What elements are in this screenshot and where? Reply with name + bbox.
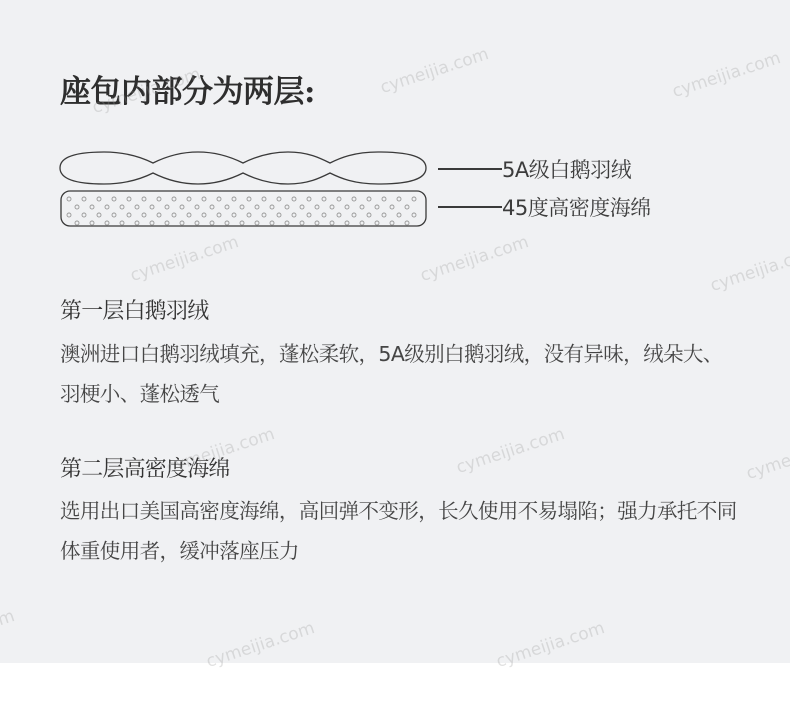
section-heading-sponge: 第二层高密度海绵 — [60, 452, 230, 483]
callout-label-feather: 5A级白鹅羽绒 — [502, 154, 631, 184]
feather-layer-icon — [60, 152, 426, 184]
callout-sponge: 45度高密度海绵 — [438, 192, 651, 222]
section-body-sponge: 选用出口美国高密度海绵，高回弹不变形，长久使用不易塌陷；强力承托不同体重使用者，… — [60, 491, 740, 571]
callout-line — [438, 168, 502, 170]
callout-line — [438, 206, 502, 208]
callout-label-sponge: 45度高密度海绵 — [502, 192, 651, 222]
page-title: 座包内部分为两层: — [60, 66, 315, 111]
cushion-layers-diagram — [58, 148, 433, 230]
section-heading-feather: 第一层白鹅羽绒 — [60, 294, 208, 325]
callout-feather: 5A级白鹅羽绒 — [438, 154, 631, 184]
section-body-feather: 澳洲进口白鹅羽绒填充，蓬松柔软，5A级别白鹅羽绒，没有异味，绒朵大、羽梗小、蓬松… — [60, 334, 740, 414]
